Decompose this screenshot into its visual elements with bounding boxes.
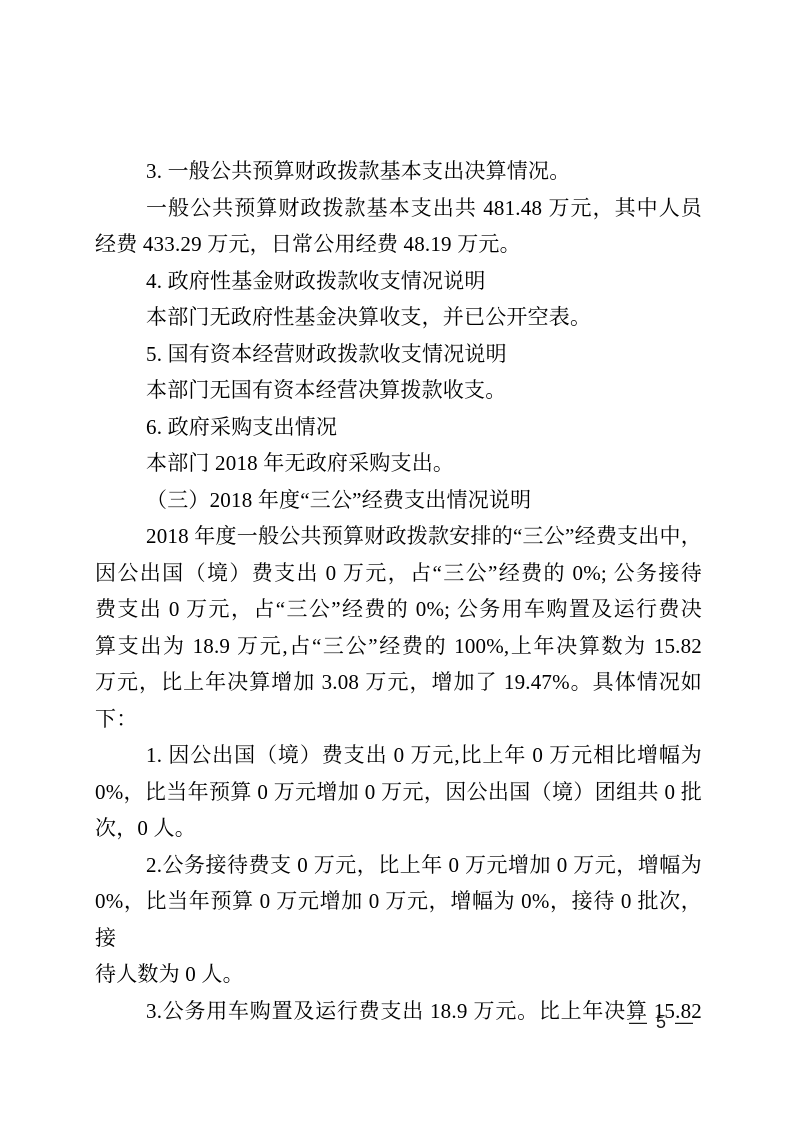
text-line: 因公出国（境）费支出 0 万元，占“三公”经费的 0%; 公务接待 (95, 555, 702, 592)
text-line: 本部门无国有资本经营决算拨款收支。 (95, 372, 702, 409)
text-line: 2.公务接待费支 0 万元，比上年 0 万元增加 0 万元，增幅为 (95, 847, 702, 884)
page-footer: — 5 — (629, 1012, 695, 1033)
text-line: 下： (95, 701, 702, 738)
text-line: 万元，比上年决算增加 3.08 万元，增加了 19.47%。具体情况如 (95, 664, 702, 701)
document-body: 3. 一般公共预算财政拨款基本支出决算情况。一般公共预算财政拨款基本支出共 48… (95, 153, 702, 1029)
text-line: 3. 一般公共预算财政拨款基本支出决算情况。 (95, 153, 702, 190)
text-line: 待人数为 0 人。 (95, 956, 702, 993)
text-line: 本部门 2018 年无政府采购支出。 (95, 445, 702, 482)
text-line: 费支出 0 万元，占“三公”经费的 0%; 公务用车购置及运行费决 (95, 591, 702, 628)
text-line: 2018 年度一般公共预算财政拨款安排的“三公”经费支出中， (95, 518, 702, 555)
text-line: 算支出为 18.9 万元,占“三公”经费的 100%,上年决算数为 15.82 (95, 628, 702, 665)
text-line: 1. 因公出国（境）费支出 0 万元,比上年 0 万元相比增幅为 (95, 737, 702, 774)
text-line: 本部门无政府性基金决算收支，并已公开空表。 (95, 299, 702, 336)
text-line: 0%，比当年预算 0 万元增加 0 万元，增幅为 0%，接待 0 批次，接 (95, 883, 702, 956)
text-line: 4. 政府性基金财政拨款收支情况说明 (95, 263, 702, 300)
document-page: 3. 一般公共预算财政拨款基本支出决算情况。一般公共预算财政拨款基本支出共 48… (0, 0, 793, 1122)
text-line: 一般公共预算财政拨款基本支出共 481.48 万元，其中人员 (95, 190, 702, 227)
text-line: 次，0 人。 (95, 810, 702, 847)
text-line: 5. 国有资本经营财政拨款收支情况说明 (95, 336, 702, 373)
text-line: 6. 政府采购支出情况 (95, 409, 702, 446)
text-line: 3.公务用车购置及运行费支出 18.9 万元。比上年决算 15.82 (95, 993, 702, 1030)
text-line: 经费 433.29 万元，日常公用经费 48.19 万元。 (95, 226, 702, 263)
text-line: 0%，比当年预算 0 万元增加 0 万元，因公出国（境）团组共 0 批 (95, 774, 702, 811)
text-line: （三）2018 年度“三公”经费支出情况说明 (95, 482, 702, 519)
page-number: — 5 — (629, 1012, 695, 1032)
